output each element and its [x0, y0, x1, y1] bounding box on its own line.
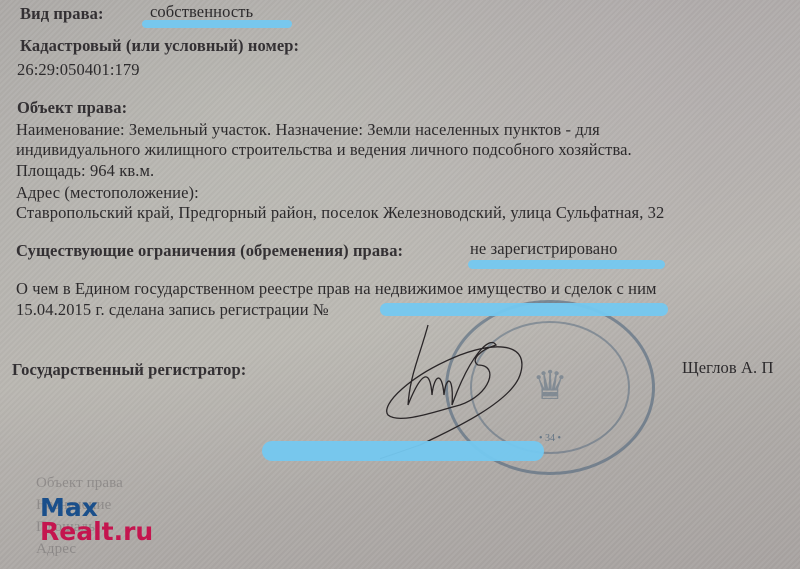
object-area: Площадь: 964 кв.м. — [16, 163, 154, 180]
highlight-underline — [468, 260, 665, 269]
object-address: Ставропольский край, Предгорный район, п… — [16, 205, 664, 222]
restrictions-value: не зарегистрировано — [470, 241, 617, 258]
object-name-line1: Наименование: Земельный участок. Назначе… — [16, 122, 600, 139]
object-label: Объект права: — [17, 100, 127, 117]
cadastral-value: 26:29:050401:179 — [17, 62, 140, 79]
background-form-text: Объект права — [36, 476, 123, 491]
right-type-value: собственность — [150, 4, 253, 21]
maxrealt-watermark-logo: Max Realt.ru — [40, 496, 153, 544]
object-address-label: Адрес (местоположение): — [16, 185, 199, 202]
logo-realt: Realt.ru — [40, 520, 153, 544]
cadastral-label: Кадастровый (или условный) номер: — [20, 38, 299, 55]
restrictions-label: Существующие ограничения (обременения) п… — [16, 243, 403, 260]
registrar-label: Государственный регистратор: — [12, 362, 246, 379]
registry-line1: О чем в Едином государственном реестре п… — [16, 281, 657, 298]
registrar-name: Щеглов А. П — [682, 360, 773, 377]
registry-line2: 15.04.2015 г. сделана запись регистрации… — [16, 302, 329, 319]
right-type-label: Вид права: — [20, 6, 104, 23]
highlight-underline — [142, 20, 292, 28]
object-name-line2: индивидуального жилищного строительства … — [16, 142, 632, 159]
redacted-text — [262, 441, 544, 461]
